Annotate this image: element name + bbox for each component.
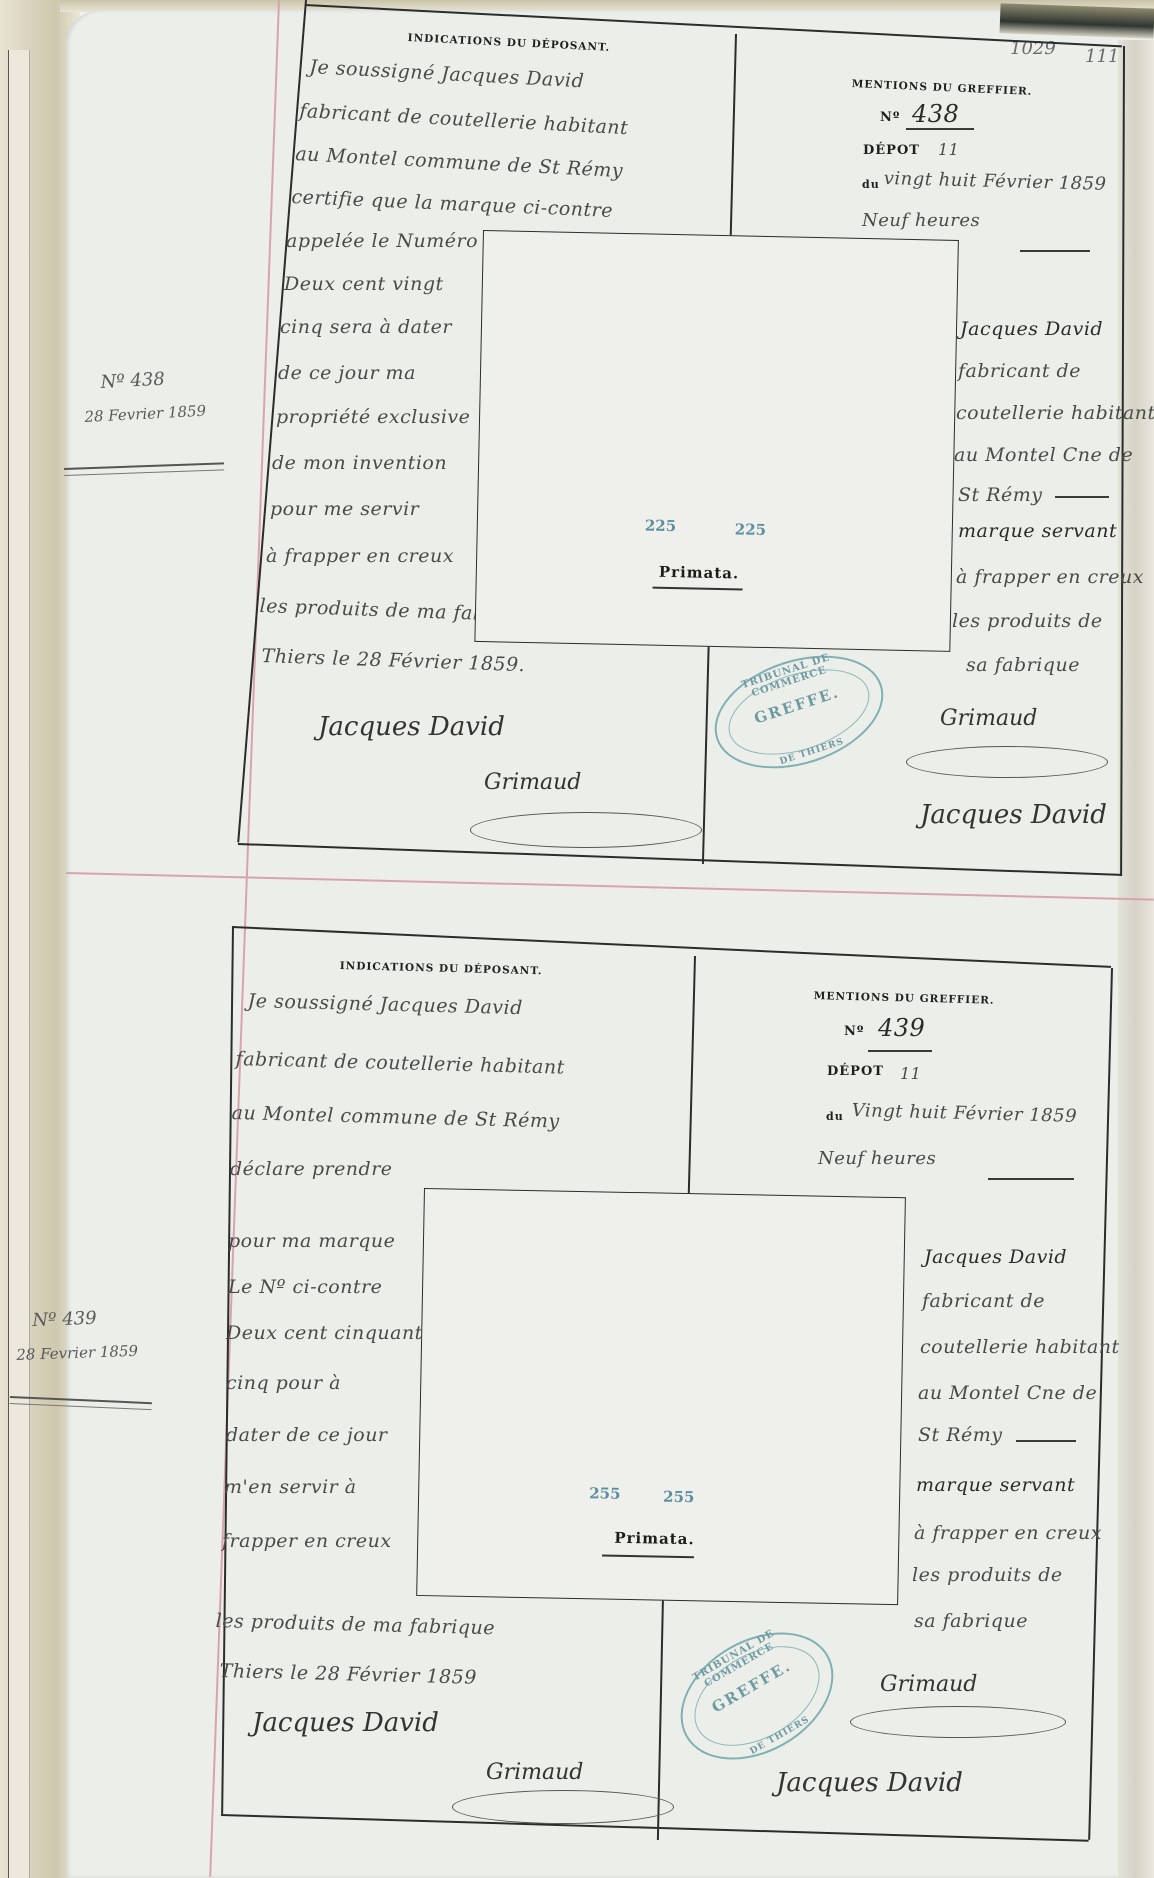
folio-number-right: 111 xyxy=(1085,46,1119,67)
summary-underline xyxy=(1016,1440,1076,1442)
mark-label: Primata. xyxy=(659,563,740,583)
clerk-summary-line: fabricant de xyxy=(958,360,1081,382)
depositor-line: frapper en creux xyxy=(222,1530,392,1552)
clerk-summary-line: marque servant xyxy=(958,520,1117,542)
depositor-signature: Jacques David xyxy=(318,712,505,742)
clerk-summary-line: Jacques David xyxy=(960,318,1103,340)
time-underline xyxy=(1020,250,1090,252)
mark-number: 225 xyxy=(735,520,767,539)
clerk-summary-line: à frapper en creux xyxy=(956,566,1144,588)
depositor-line: m'en servir à xyxy=(224,1476,357,1498)
clerk-summary-line: sa fabrique xyxy=(914,1610,1028,1632)
depositor-line: de mon invention xyxy=(272,452,447,474)
depositor-line: Deux cent cinquante xyxy=(226,1322,435,1344)
clerk-summary-line: Jacques David xyxy=(924,1246,1067,1268)
clerk-summary-line: coutellerie habitant xyxy=(956,402,1154,424)
clerk-summary-line: à frapper en creux xyxy=(914,1522,1102,1544)
clerk-signature: Grimaud xyxy=(484,770,581,795)
mark-number: 255 xyxy=(663,1488,695,1507)
signature-flourish xyxy=(470,812,702,848)
trademark-image-box: 255 255 Primata. xyxy=(416,1188,906,1605)
depositor-line: dater de ce jour xyxy=(226,1424,388,1446)
depositor-line: à frapper en creux xyxy=(266,545,454,567)
depositor-line: pour me servir xyxy=(270,498,419,520)
number-underline xyxy=(868,1050,932,1052)
time-underline xyxy=(988,1178,1074,1180)
margin-entry-number: Nº 438 xyxy=(100,369,165,393)
clerk-summary-line: fabricant de xyxy=(922,1290,1045,1312)
depositor-line: Le Nº ci-contre xyxy=(228,1276,382,1298)
depositor-line: cinq pour à xyxy=(226,1372,341,1394)
deposit-time: Neuf heures xyxy=(862,210,980,231)
deposit-mark: 11 xyxy=(900,1064,921,1083)
deposit-label: DÉPOT xyxy=(827,1064,884,1079)
deposit-time: Neuf heures xyxy=(818,1148,936,1169)
deposit-mark: 11 xyxy=(938,140,959,159)
clerk-summary-line: marque servant xyxy=(916,1474,1075,1496)
clerk-signature-right: Grimaud xyxy=(880,1672,977,1697)
signature-flourish xyxy=(452,1790,674,1824)
number-underline xyxy=(906,128,974,130)
clerk-summary-line: St Rémy xyxy=(918,1424,1003,1446)
clerk-summary-line: les produits de xyxy=(952,610,1103,632)
summary-underline xyxy=(1055,496,1109,498)
clerk-summary-line: sa fabrique xyxy=(966,654,1080,676)
depositor-signature: Jacques David xyxy=(252,1708,439,1738)
deposit-number: 438 xyxy=(912,100,959,128)
depositor-line: cinq sera à dater xyxy=(280,316,452,338)
depositor-line: appelée le Numéro xyxy=(286,230,478,252)
margin-entry-number: Nº 439 xyxy=(32,1308,97,1331)
previous-page-edge xyxy=(8,50,30,1878)
clerk-summary-line: les produits de xyxy=(912,1564,1063,1586)
clerk-summary-line: au Montel Cne de xyxy=(918,1382,1097,1404)
trademark-image-box: 225 225 Primata. xyxy=(474,230,959,652)
depositor-signature-right: Jacques David xyxy=(776,1768,963,1798)
date-label: du xyxy=(862,178,880,191)
clerk-signature: Grimaud xyxy=(486,1760,583,1785)
number-label: Nº xyxy=(844,1024,864,1039)
date-label: du xyxy=(826,1110,844,1123)
deposit-number: 439 xyxy=(878,1014,925,1042)
signature-flourish xyxy=(850,1706,1066,1738)
deposit-label: DÉPOT xyxy=(863,143,920,158)
mark-label: Primata. xyxy=(614,1529,695,1549)
depositor-line: propriété exclusive xyxy=(276,406,470,428)
mark-label-underline xyxy=(653,587,743,591)
book-cover-edge xyxy=(1000,3,1154,38)
clerk-summary-line: St Rémy xyxy=(958,484,1043,506)
depositor-line: de ce jour ma xyxy=(278,362,416,384)
number-label: Nº xyxy=(880,110,900,125)
mark-number: 225 xyxy=(645,516,677,535)
clerk-summary-line: au Montel Cne de xyxy=(954,444,1133,466)
mark-label-underline xyxy=(602,1554,694,1558)
signature-flourish xyxy=(906,746,1108,778)
depositor-line: pour ma marque xyxy=(228,1230,395,1252)
depositor-line: Deux cent vingt xyxy=(284,273,444,295)
mark-number: 255 xyxy=(589,1484,621,1503)
depositor-line: déclare prendre xyxy=(230,1158,393,1180)
depositor-signature-right: Jacques David xyxy=(920,800,1107,830)
clerk-signature-right: Grimaud xyxy=(940,706,1037,731)
clerk-summary-line: coutellerie habitant xyxy=(920,1336,1120,1358)
